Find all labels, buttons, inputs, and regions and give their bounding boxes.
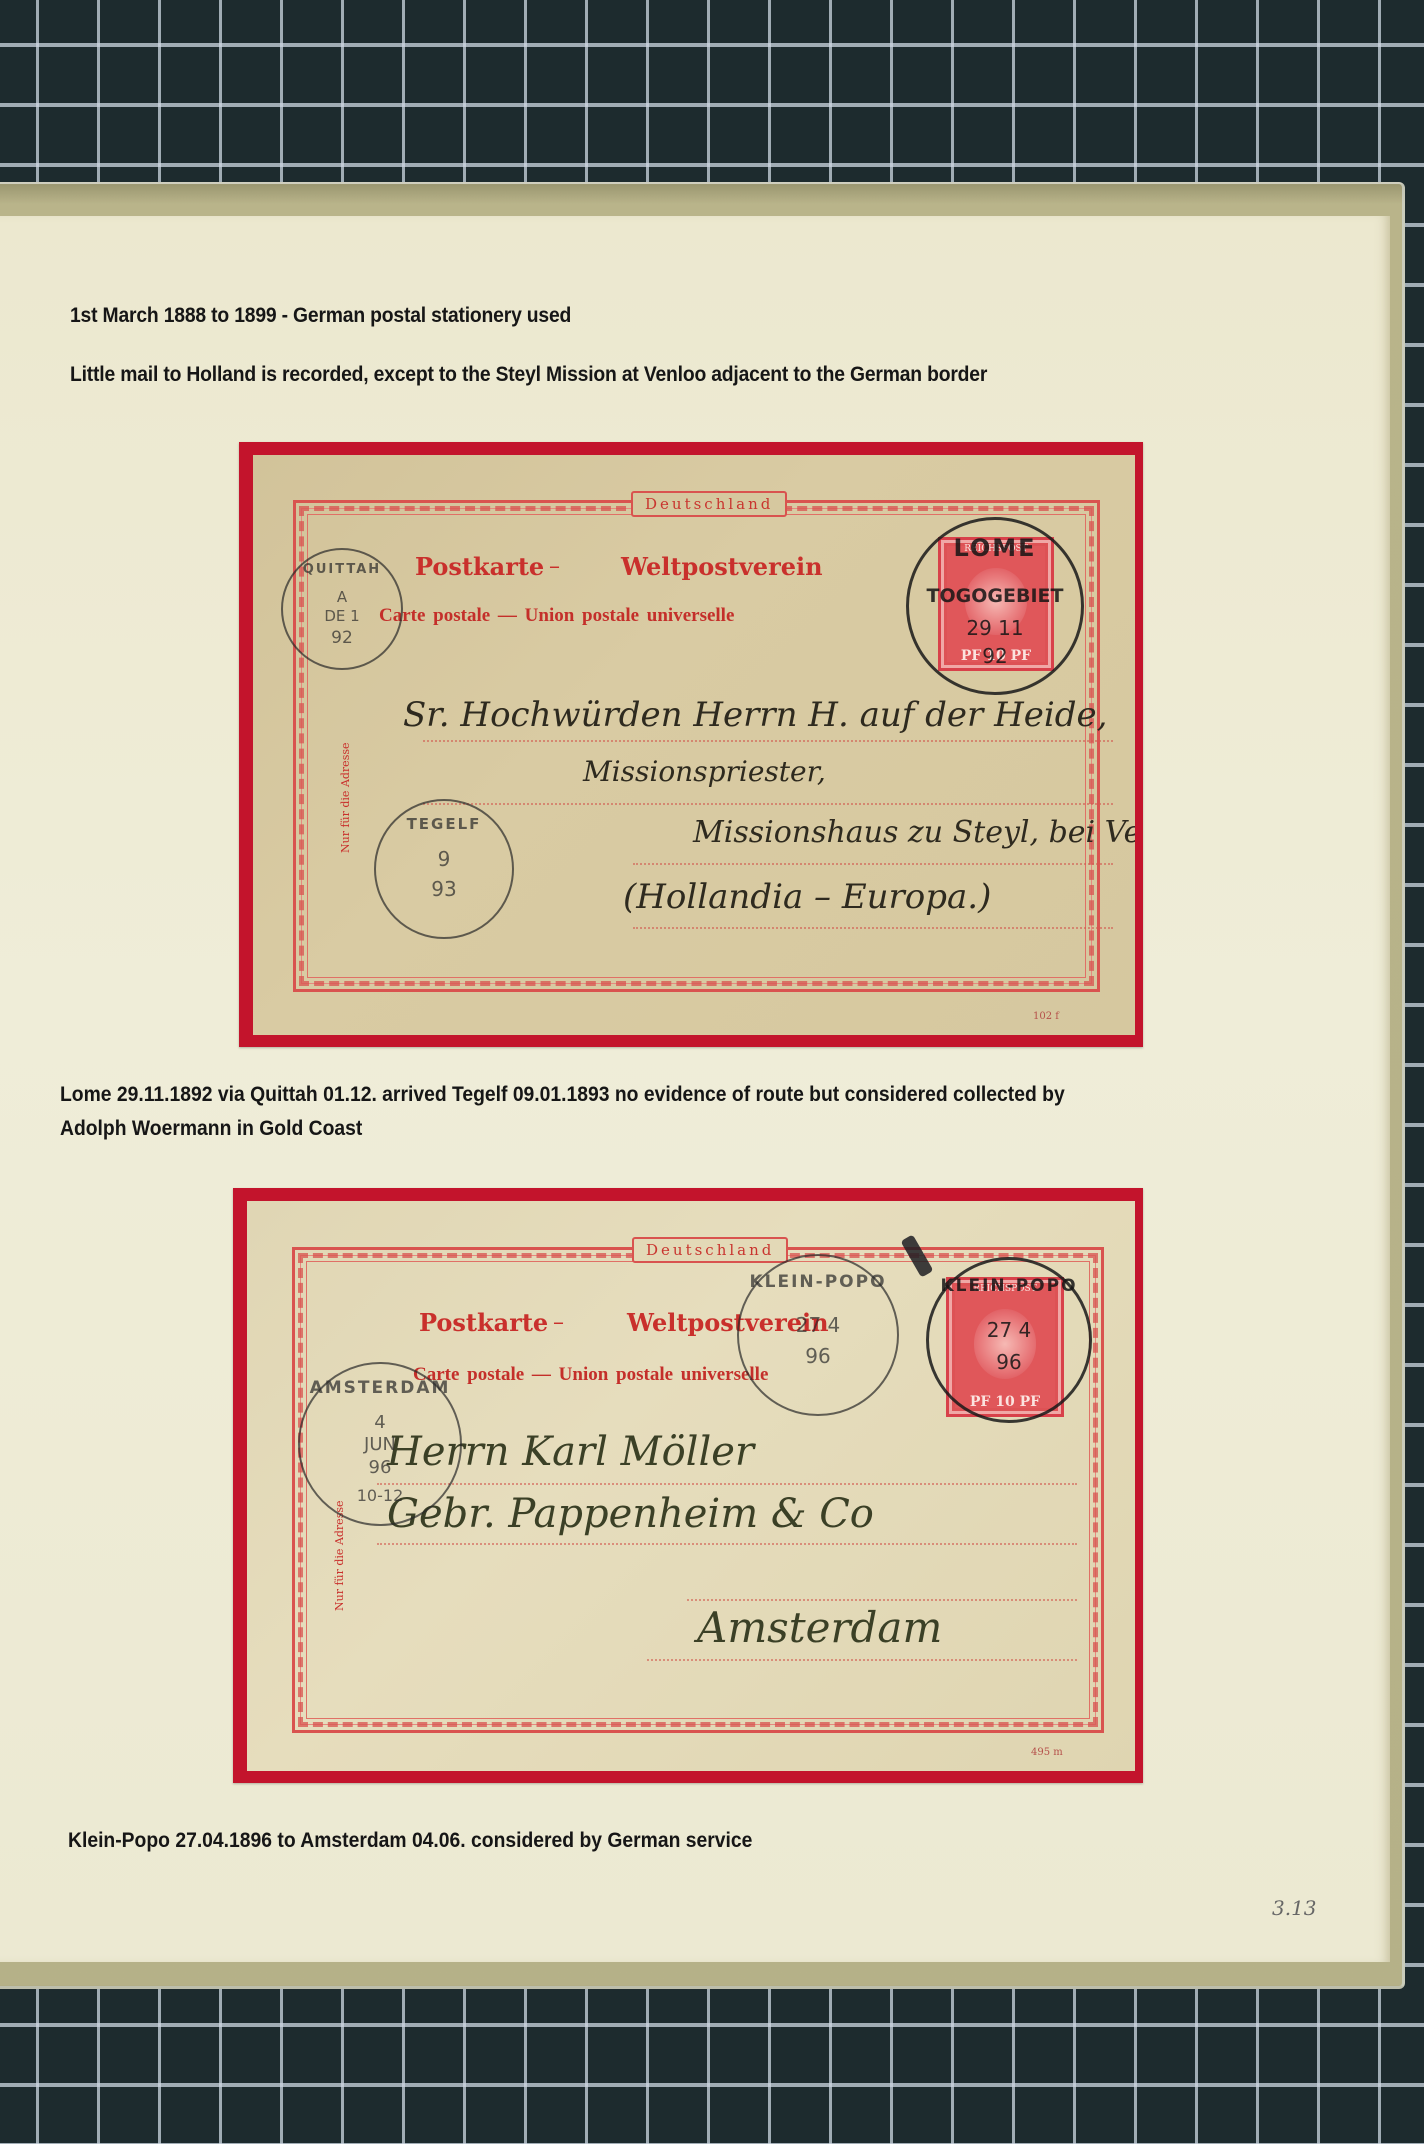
- postmark-date: 27 4: [739, 1313, 897, 1337]
- postmark-lome: LOME TOGOGEBIET 29 11 92: [906, 517, 1084, 695]
- postmark-time: 10-12: [300, 1486, 460, 1505]
- side-address-note: Nur für die Adresse: [339, 743, 352, 854]
- address-line: [633, 863, 1113, 865]
- carte-postale-subtitle: Carte postale — Union postale universell…: [379, 605, 734, 627]
- postmark-date: 9: [376, 847, 512, 871]
- handwritten-address-line-2: Missionspriester,: [583, 755, 826, 788]
- postmark-town: QUITTAH: [283, 562, 401, 577]
- print-number: 102 f: [1033, 1011, 1059, 1022]
- postmark-line: TOGOGEBIET: [909, 585, 1081, 607]
- page-subheading: Little mail to Holland is recorded, exce…: [70, 363, 987, 387]
- caption-card-2: Klein-Popo 27.04.1896 to Amsterdam 04.06…: [68, 1824, 752, 1858]
- postmark-quittah: QUITTAH A DE 1 92: [281, 548, 403, 670]
- handwritten-address-line-3: Missionshaus zu Steyl, bei Venloo,: [693, 815, 1135, 850]
- weltpostverein-title: Weltpostverein: [621, 552, 823, 581]
- postcard-1: Deutschland Postkarte – Weltpostverein C…: [253, 455, 1135, 1035]
- postmark-amsterdam: AMSTERDAM 4 JUN 96 10-12: [298, 1362, 462, 1526]
- postmark-year: 96: [300, 1457, 460, 1478]
- postmark-tegelf: TEGELF 9 93: [374, 799, 514, 939]
- postmark-date: DE 1: [283, 607, 401, 625]
- address-line: [423, 803, 1113, 805]
- handwritten-address-line-2: Gebr. Pappenheim & Co: [387, 1491, 874, 1537]
- postmark-year: 96: [739, 1344, 897, 1368]
- handwritten-address-line-3: Amsterdam: [697, 1603, 942, 1652]
- deutschland-header-box: Deutschland: [631, 491, 787, 517]
- caption-card-1-line-1: Lome 29.11.1892 via Quittah 01.12. arriv…: [60, 1078, 1065, 1112]
- postcard-2: Deutschland Postkarte – Weltpostverein C…: [247, 1201, 1135, 1771]
- postmark-klein-popo-on-stamp: KLEIN-POPO 27 4 96: [926, 1257, 1092, 1423]
- address-line: [647, 1659, 1077, 1661]
- postmark-day: 4: [300, 1412, 460, 1433]
- address-line: [423, 740, 1113, 742]
- caption-card-1-line-2: Adolph Woermann in Gold Coast: [60, 1112, 362, 1146]
- postmark-year: 92: [283, 628, 401, 648]
- deutschland-header-box: Deutschland: [632, 1237, 788, 1263]
- postmark-town: KLEIN-POPO: [929, 1276, 1089, 1296]
- postmark-town: TEGELF: [376, 815, 512, 833]
- postkarte-title: Postkarte: [419, 1308, 548, 1337]
- postmark-year: 96: [929, 1350, 1089, 1374]
- postmark-date: 29 11: [909, 616, 1081, 640]
- card-mount-1: Deutschland Postkarte – Weltpostverein C…: [239, 442, 1143, 1047]
- print-number: 495 m: [1031, 1747, 1063, 1758]
- carte-postale-subtitle: Carte postale — Union postale universell…: [413, 1364, 768, 1386]
- page-heading: 1st March 1888 to 1899 - German postal s…: [70, 304, 571, 328]
- address-line: [377, 1543, 1077, 1545]
- title-dash: –: [553, 1310, 564, 1335]
- postmark-town: LOME: [909, 534, 1081, 562]
- postmark-date: 27 4: [929, 1318, 1089, 1342]
- postmark-town: AMSTERDAM: [300, 1378, 460, 1398]
- address-line: [633, 927, 1113, 929]
- handwritten-address-line-1: Sr. Hochwürden Herrn H. auf der Heide,: [403, 695, 1107, 735]
- postmark-month: JUN: [300, 1434, 460, 1455]
- postmark-town: KLEIN-POPO: [739, 1272, 897, 1292]
- handwritten-address-line-4: (Hollandia – Europa.): [623, 877, 991, 917]
- page-number: 3.13: [1272, 1896, 1317, 1920]
- card-mount-2: Deutschland Postkarte – Weltpostverein C…: [233, 1188, 1143, 1783]
- postmark-line: A: [283, 588, 401, 606]
- postmark-year: 93: [376, 877, 512, 901]
- postmark-year: 92: [909, 644, 1081, 668]
- postmark-klein-popo-transit: KLEIN-POPO 27 4 96: [737, 1254, 899, 1416]
- postkarte-title: Postkarte: [415, 552, 544, 581]
- address-line: [687, 1599, 1077, 1601]
- title-dash: –: [549, 554, 560, 579]
- address-line: [377, 1483, 1077, 1485]
